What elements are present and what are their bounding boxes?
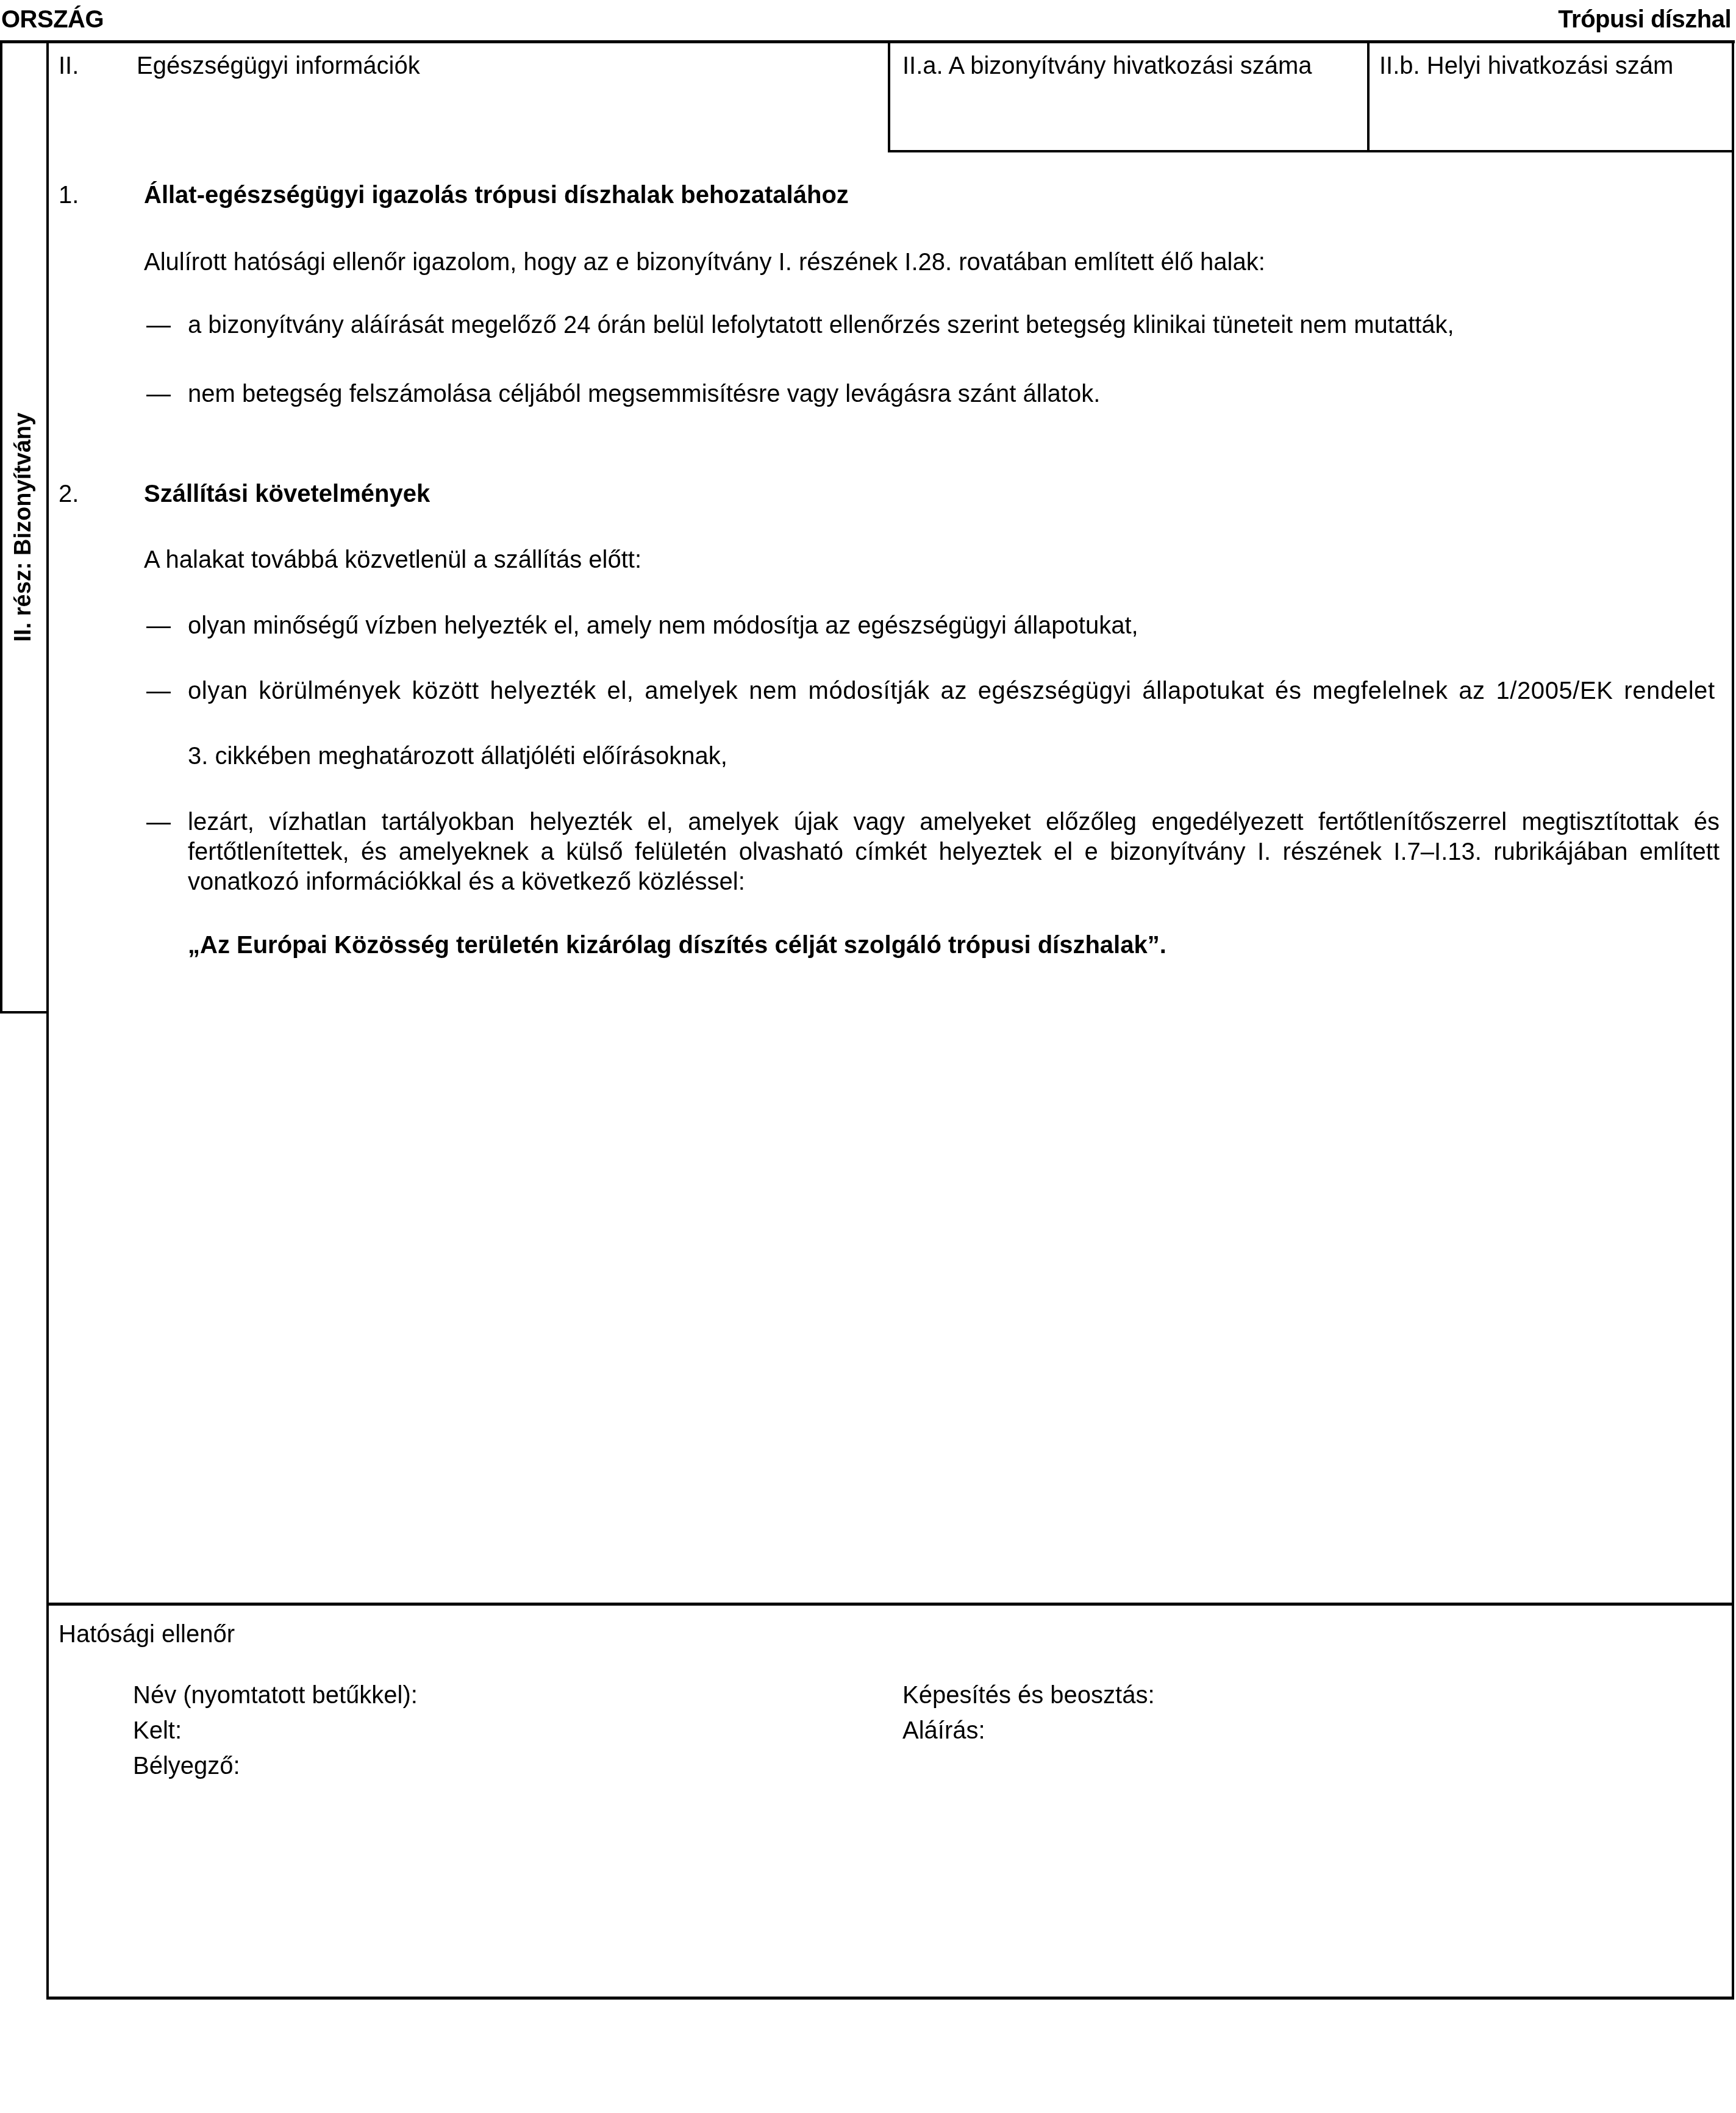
section1-bullet: nem betegség felszámolása céljából megse… xyxy=(188,377,1100,411)
section1-title: Állat-egészségügyi igazolás trópusi dísz… xyxy=(144,178,849,212)
officer-stamp-field: Bélyegző: xyxy=(133,1749,240,1783)
main-right-border xyxy=(1732,40,1734,1999)
officer-title: Hatósági ellenőr xyxy=(59,1617,235,1651)
country-label: ORSZÁG xyxy=(1,6,104,34)
section1-number: 1. xyxy=(59,178,79,212)
section2-bullet: olyan körülmények között helyezték el, a… xyxy=(188,674,1715,708)
cell-divider-b xyxy=(1367,40,1370,152)
dash-icon: — xyxy=(146,674,171,708)
label-statement: „Az Európai Közösség területén kizárólag… xyxy=(188,928,1166,962)
officer-date-field: Kelt: xyxy=(133,1714,182,1748)
section-title: Egészségügyi információk xyxy=(137,52,420,80)
section2-number: 2. xyxy=(59,477,79,511)
officer-section-divider xyxy=(46,1603,1734,1606)
certificate-reference-label: II.a. A bizonyítvány hivatkozási száma xyxy=(902,52,1312,80)
section2-intro: A halakat továbbá közvetlenül a szállítá… xyxy=(144,543,641,577)
sidebar: II. rész: Bizonyítvány xyxy=(0,41,48,1012)
dash-icon: — xyxy=(146,308,171,342)
section2-bullet-continuation: 3. cikkében meghatározott állatjóléti el… xyxy=(188,739,727,773)
dash-icon: — xyxy=(146,377,171,411)
officer-qualification-field: Képesítés és beosztás: xyxy=(902,1678,1155,1712)
section1-bullet: a bizonyítvány aláírását megelőző 24 órá… xyxy=(188,308,1454,342)
officer-name-field: Név (nyomtatott betűkkel): xyxy=(133,1678,418,1712)
dash-icon: — xyxy=(146,609,171,643)
top-rule xyxy=(0,40,1735,43)
cells-bottom-border xyxy=(888,150,1734,152)
main-bottom-border xyxy=(46,1997,1734,2000)
section-number: II. xyxy=(59,52,79,80)
cell-divider-a xyxy=(888,40,890,152)
section2-bullet: lezárt, vízhatlan tartályokban helyezték… xyxy=(188,807,1720,897)
section2-bullet: olyan minőségű vízben helyezték el, amel… xyxy=(188,609,1138,643)
local-reference-label: II.b. Helyi hivatkozási szám xyxy=(1379,52,1673,80)
dash-icon: — xyxy=(146,805,171,839)
section2-title: Szállítási követelmények xyxy=(144,477,430,511)
section1-intro: Alulírott hatósági ellenőr igazolom, hog… xyxy=(144,245,1265,279)
sidebar-label: II. rész: Bizonyítvány xyxy=(11,412,37,642)
officer-signature-field: Aláírás: xyxy=(902,1714,985,1748)
document-type: Trópusi díszhal xyxy=(1558,6,1731,34)
